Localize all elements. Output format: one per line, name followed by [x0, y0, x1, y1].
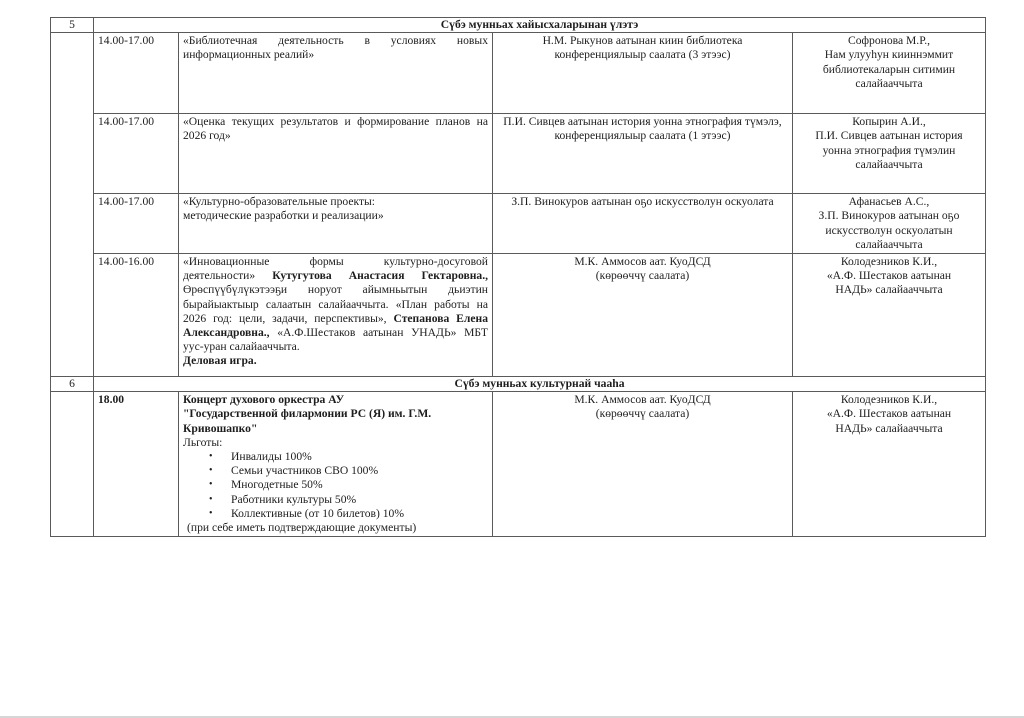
- event-description: «Инновационные формы культурно-досуговой…: [179, 254, 493, 377]
- responsible-line: З.П. Винокуров аатынан оҕо: [819, 209, 960, 222]
- venue-line: М.К. Аммосов аат. КуоДСД: [574, 255, 710, 268]
- list-item: •Многодетные 50%: [205, 478, 488, 492]
- speaker-name: Кутугутова Анастасия Гектаровна.,: [272, 269, 488, 282]
- event-venue: М.К. Аммосов аат. КуоДСД (көрөөччү саала…: [493, 254, 793, 377]
- event-venue: М.К. Аммосов аат. КуоДСД (көрөөччү саала…: [493, 392, 793, 537]
- event-responsible: Колодезников К.И., «А.Ф. Шестаков аатына…: [793, 392, 986, 537]
- event-venue: З.П. Винокуров аатынан оҕо искусстволун …: [493, 194, 793, 254]
- event-venue: Н.М. Рыкунов аатынан киин библиотека кон…: [493, 33, 793, 114]
- bullet-icon: •: [209, 493, 213, 507]
- event-responsible: Софронова М.Р., Нам улууһун кииннэммит б…: [793, 33, 986, 114]
- table-row: 14.00-17.00 «Культурно-образовательные п…: [51, 194, 986, 254]
- section-title: Сүбэ мунньах хайысхаларынан үлэтэ: [94, 18, 986, 33]
- bullet-icon: •: [209, 450, 213, 464]
- benefit-text: Многодетные 50%: [231, 478, 323, 491]
- responsible-line: Нам улууһун кииннэммит: [825, 48, 953, 61]
- responsible-line: Колодезников К.И.,: [841, 393, 937, 406]
- section-header-6: 6 Сүбэ мунньах культурнай чааһа: [51, 377, 986, 392]
- responsible-line: салайааччыта: [855, 77, 922, 90]
- event-format: Деловая игра.: [183, 354, 488, 368]
- event-title: «Культурно-образовательные проекты: мето…: [179, 194, 493, 254]
- bullet-icon: •: [209, 478, 213, 492]
- responsible-line: Копырин А.И.,: [852, 115, 926, 128]
- event-title-line: Кривошапко": [183, 422, 257, 435]
- list-item: •Семьи участников СВО 100%: [205, 464, 488, 478]
- section-title: Сүбэ мунньах культурнай чааһа: [94, 377, 986, 392]
- event-time: 18.00: [94, 392, 179, 537]
- event-title-line: «Культурно-образовательные проекты:: [183, 195, 375, 208]
- event-responsible: Афанасьев А.С., З.П. Винокуров аатынан о…: [793, 194, 986, 254]
- responsible-line: НАДЬ» салайааччыта: [835, 283, 942, 296]
- schedule-table: 5 Сүбэ мунньах хайысхаларынан үлэтэ 14.0…: [50, 17, 986, 537]
- table-row: 14.00-16.00 «Инновационные формы культур…: [51, 254, 986, 377]
- section-number-spacer: [51, 33, 94, 377]
- event-time: 14.00-16.00: [94, 254, 179, 377]
- event-title: «Библиотечная деятельность в условиях но…: [179, 33, 493, 114]
- list-item: •Работники культуры 50%: [205, 493, 488, 507]
- responsible-line: НАДЬ» салайааччыта: [835, 422, 942, 435]
- event-title-line: "Государственной филармонии РС (Я) им. Г…: [183, 407, 431, 420]
- list-item: •Инвалиды 100%: [205, 450, 488, 464]
- responsible-line: Афанасьев А.С.,: [849, 195, 930, 208]
- benefit-text: Работники культуры 50%: [231, 493, 356, 506]
- event-responsible: Колодезников К.И., «А.Ф. Шестаков аатына…: [793, 254, 986, 377]
- benefit-text: Семьи участников СВО 100%: [231, 464, 378, 477]
- venue-line: (көрөөччү саалата): [596, 407, 690, 420]
- responsible-line: уонна этнография түмэлин: [823, 144, 956, 157]
- event-title: «Оценка текущих результатов и формирован…: [179, 114, 493, 194]
- responsible-line: «А.Ф. Шестаков аатынан: [827, 407, 951, 420]
- event-title-line: методические разработки и реализации»: [183, 209, 384, 222]
- benefits-note: (при себе иметь подтверждающие документы…: [183, 521, 488, 535]
- section-number-spacer: [51, 392, 94, 537]
- event-venue: П.И. Сивцев аатынан история уонна этногр…: [493, 114, 793, 194]
- venue-line: (көрөөччү саалата): [596, 269, 690, 282]
- table-row: 14.00-17.00 «Библиотечная деятельность в…: [51, 33, 986, 114]
- section-header-5: 5 Сүбэ мунньах хайысхаларынан үлэтэ: [51, 18, 986, 33]
- event-title-line: Концерт духового оркестра АУ: [183, 393, 344, 406]
- responsible-line: Колодезников К.И.,: [841, 255, 937, 268]
- venue-line: М.К. Аммосов аат. КуоДСД: [574, 393, 710, 406]
- section-number: 6: [51, 377, 94, 392]
- benefit-text: Инвалиды 100%: [231, 450, 312, 463]
- benefits-label: Льготы:: [183, 436, 222, 449]
- event-description: Концерт духового оркестра АУ "Государств…: [179, 392, 493, 537]
- table-row: 18.00 Концерт духового оркестра АУ "Госу…: [51, 392, 986, 537]
- responsible-line: салайааччыта: [855, 158, 922, 171]
- benefit-text: Коллективные (от 10 билетов) 10%: [231, 507, 404, 520]
- bullet-icon: •: [209, 464, 213, 478]
- list-item: •Коллективные (от 10 билетов) 10%: [205, 507, 488, 521]
- event-time: 14.00-17.00: [94, 194, 179, 254]
- responsible-line: библиотекаларын ситимин: [823, 63, 955, 76]
- responsible-line: Софронова М.Р.,: [848, 34, 930, 47]
- benefits-list: •Инвалиды 100% •Семьи участников СВО 100…: [183, 450, 488, 521]
- responsible-line: П.И. Сивцев аатынан история: [815, 129, 962, 142]
- event-responsible: Копырин А.И., П.И. Сивцев аатынан истори…: [793, 114, 986, 194]
- responsible-line: салайааччыта: [855, 238, 922, 251]
- table-row: 14.00-17.00 «Оценка текущих результатов …: [51, 114, 986, 194]
- section-number: 5: [51, 18, 94, 33]
- bullet-icon: •: [209, 507, 213, 521]
- responsible-line: «А.Ф. Шестаков аатынан: [827, 269, 951, 282]
- responsible-line: искусстволун оскуолатын: [825, 224, 952, 237]
- event-time: 14.00-17.00: [94, 33, 179, 114]
- event-time: 14.00-17.00: [94, 114, 179, 194]
